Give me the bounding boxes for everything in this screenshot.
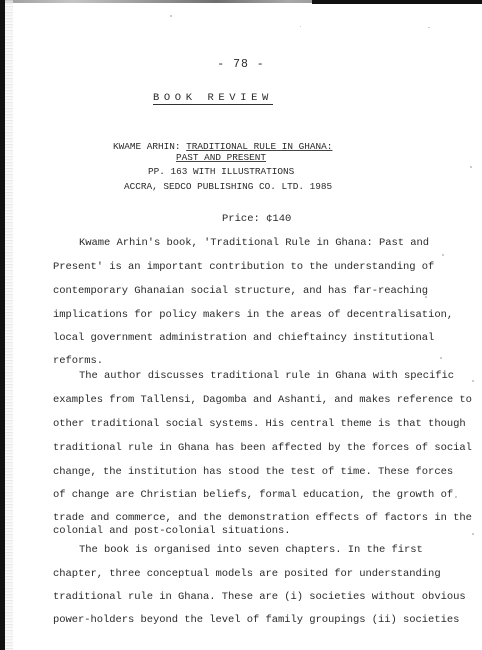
text-line: power-holders beyond the level of family…: [53, 614, 459, 626]
scan-top-edge-dark: [312, 0, 482, 4]
scan-speck: [300, 26, 301, 27]
text-line: examples from Tallensi, Dagomba and Asha…: [53, 394, 472, 406]
citation-title-line2: PAST AND PRESENT: [176, 151, 266, 165]
citation-pages: PP. 163 WITH ILLUSTRATIONS: [148, 165, 294, 179]
text-line: colonial and post-colonial situations.: [53, 525, 291, 537]
page-number: - 78 -: [0, 58, 482, 71]
section-heading: BOOK REVIEW: [153, 93, 273, 105]
scanned-page: - 78 - BOOK REVIEW KWAME ARHIN: TRADITIO…: [0, 0, 482, 650]
scan-speck: [425, 296, 427, 298]
text-line: The book is organised into seven chapter…: [79, 544, 423, 556]
scan-speck: [440, 357, 442, 359]
scan-speck: [455, 496, 457, 498]
text-line: of change are Christian beliefs, formal …: [53, 489, 453, 501]
book-price: Price: ¢140: [222, 213, 291, 225]
scan-speck: [472, 380, 474, 382]
text-line: The author discusses traditional rule in…: [79, 370, 454, 382]
text-line: reforms.: [53, 355, 103, 367]
text-line: traditional rule in Ghana. These are (i)…: [53, 591, 466, 603]
text-line: traditional rule in Ghana has been affec…: [53, 442, 472, 454]
text-line: contemporary Ghanaian social structure, …: [53, 285, 428, 297]
scan-speck: [472, 533, 474, 535]
scan-speck: [428, 27, 430, 28]
scan-speck: [470, 166, 472, 168]
text-line: Kwame Arhin's book, 'Traditional Rule in…: [79, 237, 429, 249]
text-line: local government administration and chie…: [53, 332, 434, 344]
citation-author: KWAME ARHIN:: [113, 141, 181, 152]
text-line: Present' is an important contribution to…: [53, 261, 434, 273]
scan-left-edge-noise: [5, 0, 13, 650]
text-line: trade and commerce, and the demonstratio…: [53, 512, 472, 524]
text-line: change, the institution has stood the te…: [53, 466, 453, 478]
text-line: implications for policy makers in the ar…: [53, 309, 453, 321]
text-line: other traditional social systems. His ce…: [53, 418, 466, 430]
citation-publisher: ACCRA, SEDCO PUBLISHING CO. LTD. 1985: [124, 180, 332, 194]
scan-speck: [170, 15, 172, 17]
scan-speck: [442, 254, 444, 256]
text-line: chapter, three conceptual models are pos…: [53, 568, 441, 580]
